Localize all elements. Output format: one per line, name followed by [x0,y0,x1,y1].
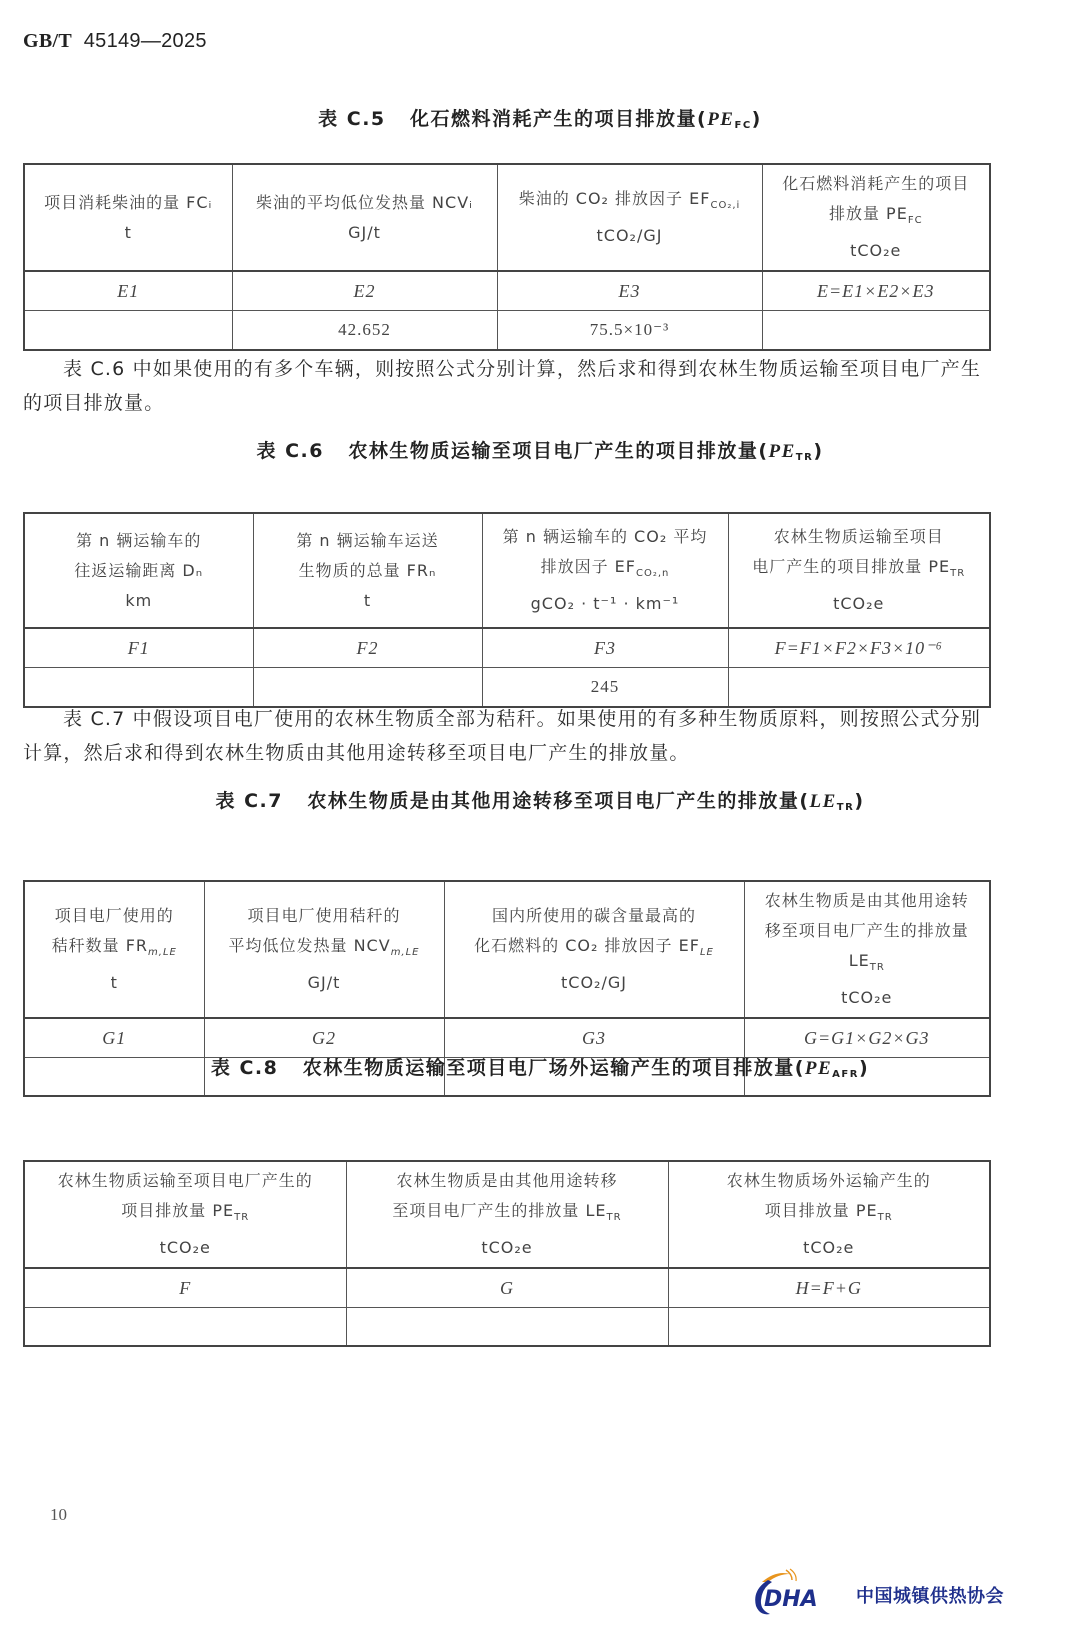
header-line: 项目消耗柴油的量 FCᵢ [31,188,226,218]
header-text: 电厂产生的项目排放量 PE [752,557,950,576]
caption-sub: TR [837,802,855,813]
header-unit: km [31,586,247,616]
header-text: 平均低位发热量 NCV [229,936,391,955]
header-line: 农林生物质运输至项目电厂产生的 [31,1166,340,1196]
caption-sub: FC [734,120,751,131]
header-text: 化石燃料的 CO₂ 排放因子 EF [474,936,700,955]
caption-close: ) [859,1057,869,1079]
paragraph-c7: 表 C.7 中假设项目电厂使用的农林生物质全部为秸秆。如果使用的有多种生物质原料… [23,702,988,770]
standard-code: GB/T 45149—2025 [23,30,207,53]
header-cell: 项目电厂使用的秸秆数量 FRm,LEt [24,881,204,1018]
table-c8-caption: 表 C.8 农林生物质运输至项目电厂场外运输产生的项目排放量(PEAFR) [0,1053,1080,1080]
header-subscript: m,LE [391,947,420,958]
header-cell: 农林生物质场外运输产生的项目排放量 PETRtCO₂e [668,1161,990,1268]
header-unit: t [31,968,198,998]
table-header-row: 第 n 辆运输车的往返运输距离 Dₙkm 第 n 辆运输车运送生物质的总量 FR… [24,513,990,628]
header-text: 项目排放量 PE [765,1201,878,1220]
header-subscript: TR [607,1212,622,1223]
formula-cell: E=E1×E2×E3 [762,271,990,311]
caption-prefix: 表 C.7 [215,790,283,812]
caption-text: 农林生物质运输至项目电厂场外运输产生的项目排放量( [303,1057,805,1079]
table-c7-caption: 表 C.7 农林生物质是由其他用途转移至项目电厂产生的排放量(LETR) [0,786,1080,813]
header-cell: 项目消耗柴油的量 FCᵢt [24,164,232,271]
header-line: 电厂产生的项目排放量 PETR [735,552,984,589]
header-cell: 第 n 辆运输车运送生物质的总量 FRₙt [253,513,482,628]
formula-cell: G2 [204,1018,444,1058]
header-cell: 柴油的 CO₂ 排放因子 EFCO₂,itCO₂/GJ [497,164,762,271]
caption-close: ) [752,108,762,130]
header-subscript: CO₂,i [710,200,740,211]
svg-text:DHA: DHA [764,1587,818,1612]
header-cell: 农林生物质是由其他用途转移至项目电厂产生的排放量LETRtCO₂e [744,881,990,1018]
caption-close: ) [813,440,823,462]
header-line: 平均低位发热量 NCVm,LE [211,931,438,968]
dha-logo-icon: DHA [748,1568,853,1618]
header-line: 化石燃料消耗产生的项目 [769,169,984,199]
formula-cell: F3 [482,628,728,668]
caption-close: ) [854,790,864,812]
chdha-logo: DHA 中国城镇供热协会 [748,1568,1018,1618]
formula-cell: H=F+G [668,1268,990,1308]
header-unit: gCO₂ · t⁻¹ · km⁻¹ [489,589,722,619]
header-line: 柴油的平均低位发热量 NCVᵢ [239,188,491,218]
standard-prefix: GB/T [23,30,72,52]
table-c6: 第 n 辆运输车的往返运输距离 Dₙkm 第 n 辆运输车运送生物质的总量 FR… [23,512,991,708]
header-line: 往返运输距离 Dₙ [31,556,247,586]
caption-prefix: 表 C.5 [318,108,386,130]
header-subscript: TR [950,568,965,579]
value-cell [346,1308,668,1346]
header-text: 排放量 PE [829,204,908,223]
header-line: 化石燃料的 CO₂ 排放因子 EFLE [451,931,738,968]
header-cell: 农林生物质运输至项目电厂产生的项目排放量 PETRtCO₂e [728,513,990,628]
table-c8: 农林生物质运输至项目电厂产生的项目排放量 PETRtCO₂e 农林生物质是由其他… [23,1160,991,1347]
caption-symbol: PE [769,441,796,462]
header-line: 排放因子 EFCO₂,n [489,552,722,589]
formula-cell: F [24,1268,346,1308]
table-c5: 项目消耗柴油的量 FCᵢt 柴油的平均低位发热量 NCVᵢGJ/t 柴油的 CO… [23,163,991,351]
header-text: 柴油的 CO₂ 排放因子 EF [519,189,711,208]
header-text: 移至项目电厂产生的排放量LE [765,921,969,970]
header-line: 农林生物质是由其他用途转移 [353,1166,662,1196]
header-cell: 农林生物质是由其他用途转移至项目电厂产生的排放量 LETRtCO₂e [346,1161,668,1268]
table-header-row: 农林生物质运输至项目电厂产生的项目排放量 PETRtCO₂e 农林生物质是由其他… [24,1161,990,1268]
header-cell: 第 n 辆运输车的往返运输距离 Dₙkm [24,513,253,628]
header-text: 秸秆数量 FR [52,936,148,955]
header-unit: GJ/t [239,218,491,248]
header-line: 项目排放量 PETR [675,1196,984,1233]
header-subscript: LE [700,947,714,958]
caption-symbol: PE [805,1058,832,1079]
header-unit: tCO₂e [675,1233,984,1263]
org-name: 中国城镇供热协会 [856,1582,1004,1608]
standard-number: 45149—2025 [84,30,207,52]
header-cell: 项目电厂使用秸秆的平均低位发热量 NCVm,LEGJ/t [204,881,444,1018]
header-unit: tCO₂e [735,589,984,619]
table-c5-caption: 表 C.5 化石燃料消耗产生的项目排放量(PEFC) [0,104,1080,131]
header-line: 柴油的 CO₂ 排放因子 EFCO₂,i [504,184,756,221]
header-unit: t [260,586,476,616]
header-unit: tCO₂/GJ [504,221,756,251]
header-line: 农林生物质场外运输产生的 [675,1166,984,1196]
table-header-row: 项目电厂使用的秸秆数量 FRm,LEt 项目电厂使用秸秆的平均低位发热量 NCV… [24,881,990,1018]
header-unit: tCO₂e [31,1233,340,1263]
header-line: 农林生物质运输至项目 [735,522,984,552]
formula-cell: F2 [253,628,482,668]
header-subscript: FC [908,215,923,226]
header-cell: 柴油的平均低位发热量 NCVᵢGJ/t [232,164,497,271]
caption-symbol: PE [707,109,734,130]
caption-text: 农林生物质运输至项目电厂产生的项目排放量( [348,440,768,462]
header-subscript: TR [870,962,885,973]
header-unit: tCO₂e [769,236,984,266]
header-subscript: TR [234,1212,249,1223]
header-unit: t [31,218,226,248]
caption-text: 化石燃料消耗产生的项目排放量( [410,108,707,130]
header-subscript: m,LE [148,947,177,958]
formula-cell: E1 [24,271,232,311]
caption-sub: AFR [832,1069,859,1080]
header-text: 项目排放量 PE [121,1201,234,1220]
value-cell [24,1308,346,1346]
caption-prefix: 表 C.6 [256,440,324,462]
formula-row: F1 F2 F3 F=F1×F2×F3×10⁻⁶ [24,628,990,668]
header-line: 生物质的总量 FRₙ [260,556,476,586]
value-cell [24,311,232,351]
formula-cell: F=F1×F2×F3×10⁻⁶ [728,628,990,668]
header-line: 农林生物质是由其他用途转 [751,886,984,916]
header-unit: tCO₂e [353,1233,662,1263]
header-line: 至项目电厂产生的排放量 LETR [353,1196,662,1233]
formula-row: F G H=F+G [24,1268,990,1308]
header-line: 项目电厂使用秸秆的 [211,901,438,931]
value-cell [668,1308,990,1346]
value-cell: 75.5×10⁻³ [497,311,762,351]
page-number: 10 [50,1505,67,1525]
header-cell: 农林生物质运输至项目电厂产生的项目排放量 PETRtCO₂e [24,1161,346,1268]
header-text: 至项目电厂产生的排放量 LE [392,1201,606,1220]
formula-cell: E3 [497,271,762,311]
header-line: 第 n 辆运输车的 CO₂ 平均 [489,522,722,552]
paragraph-c6: 表 C.6 中如果使用的有多个车辆，则按照公式分别计算，然后求和得到农林生物质运… [23,352,988,420]
header-line: 秸秆数量 FRm,LE [31,931,198,968]
formula-cell: E2 [232,271,497,311]
formula-row: E1 E2 E3 E=E1×E2×E3 [24,271,990,311]
header-unit: tCO₂/GJ [451,968,738,998]
value-cell: 42.652 [232,311,497,351]
formula-cell: F1 [24,628,253,668]
value-row [24,1308,990,1346]
caption-text: 农林生物质是由其他用途转移至项目电厂产生的排放量( [307,790,809,812]
formula-cell: G3 [444,1018,744,1058]
table-c6-caption: 表 C.6 农林生物质运输至项目电厂产生的项目排放量(PETR) [0,436,1080,463]
header-subscript: CO₂,n [636,568,669,579]
header-unit: GJ/t [211,968,438,998]
header-line: 第 n 辆运输车运送 [260,526,476,556]
formula-cell: G1 [24,1018,204,1058]
caption-sub: TR [796,452,814,463]
caption-symbol: LE [810,791,837,812]
value-row: 42.652 75.5×10⁻³ [24,311,990,351]
header-unit: tCO₂e [751,983,984,1013]
value-cell [762,311,990,351]
header-cell: 第 n 辆运输车的 CO₂ 平均排放因子 EFCO₂,ngCO₂ · t⁻¹ ·… [482,513,728,628]
header-line: 项目电厂使用的 [31,901,198,931]
header-line: 排放量 PEFC [769,199,984,236]
table-header-row: 项目消耗柴油的量 FCᵢt 柴油的平均低位发热量 NCVᵢGJ/t 柴油的 CO… [24,164,990,271]
header-text: 排放因子 EF [541,557,636,576]
formula-row: G1 G2 G3 G=G1×G2×G3 [24,1018,990,1058]
formula-cell: G=G1×G2×G3 [744,1018,990,1058]
header-line: 第 n 辆运输车的 [31,526,247,556]
header-line: 国内所使用的碳含量最高的 [451,901,738,931]
header-cell: 国内所使用的碳含量最高的化石燃料的 CO₂ 排放因子 EFLEtCO₂/GJ [444,881,744,1018]
caption-prefix: 表 C.8 [211,1057,279,1079]
formula-cell: G [346,1268,668,1308]
header-line: 项目排放量 PETR [31,1196,340,1233]
header-line: 移至项目电厂产生的排放量LETR [751,916,984,983]
header-subscript: TR [878,1212,893,1223]
header-cell: 化石燃料消耗产生的项目排放量 PEFCtCO₂e [762,164,990,271]
